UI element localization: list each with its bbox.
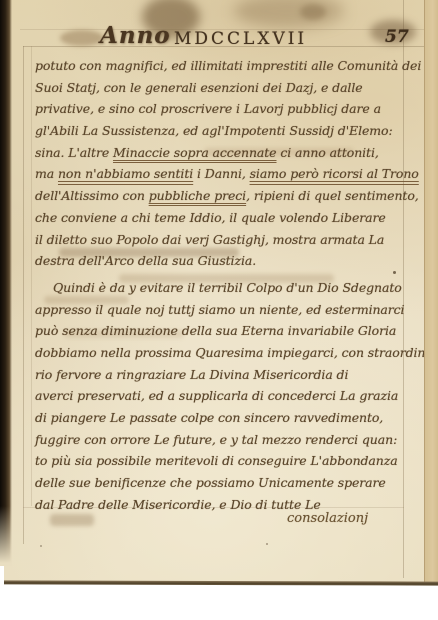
text-segment: rio fervore a ringraziare La Divina Mise… — [35, 367, 348, 382]
text-segment: dal Padre delle Misericordie, e Dio di t… — [35, 497, 321, 512]
text-segment: privative, e sino col proscrivere i Lavo… — [35, 101, 381, 116]
manuscript-line: rio fervore a ringraziare La Divina Mise… — [35, 364, 409, 386]
text-segment: Quindi è da y evitare il terribil Colpo … — [53, 280, 402, 295]
text-block: potuto con magnifici, ed illimitati impr… — [35, 55, 409, 515]
manuscript-line: sina. L'altre Minaccie sopra accennate c… — [35, 142, 409, 164]
manuscript-page: Anno MDCCLXVII 57 potuto con magnifici, … — [4, 0, 438, 584]
text-segment: to più sia possibile meritevoli di conse… — [35, 453, 398, 468]
text-segment: destra dell'Arco della sua Giustizia. — [35, 253, 256, 268]
text-segment: fuggire con orrore Le future, e y tal me… — [35, 432, 397, 447]
manuscript-line: il diletto suo Popolo dai verj Gastighj,… — [35, 229, 409, 251]
header-year-roman: MDCCLXVII — [174, 29, 307, 49]
page-edge-right — [424, 0, 438, 584]
manuscript-line: appresso il quale noj tuttj siamo un nie… — [35, 299, 409, 321]
ink-smudge — [300, 4, 326, 20]
scan-background: Anno MDCCLXVII 57 potuto con magnifici, … — [0, 0, 438, 620]
manuscript-line: averci preservati, ed a supplicarla di c… — [35, 385, 409, 407]
manuscript-line: destra dell'Arco della sua Giustizia. — [35, 250, 409, 272]
text-segment: dobbiamo nella prossima Quaresima impieg… — [35, 345, 437, 360]
manuscript-line: che conviene a chi teme Iddio, il quale … — [35, 207, 409, 229]
text-segment: i Danni, — [193, 166, 249, 181]
margin-line-left — [23, 46, 24, 544]
ink-speck — [266, 543, 268, 545]
manuscript-line: dell'Altissimo con pubbliche preci, ripi… — [35, 185, 409, 207]
text-segment: potuto con magnifici, ed illimitati impr… — [35, 58, 421, 73]
underlined-text: Minaccie sopra accennate — [113, 145, 276, 160]
manuscript-line: gl'Abili La Sussistenza, ed agl'Impotent… — [35, 120, 409, 142]
manuscript-line: potuto con magnifici, ed illimitati impr… — [35, 55, 409, 77]
text-segment: gl'Abili La Sussistenza, ed agl'Impotent… — [35, 123, 393, 138]
text-segment: il diletto suo Popolo dai verj Gastighj,… — [35, 232, 384, 247]
page-number: 57 — [385, 27, 409, 47]
text-segment: che conviene a chi teme Iddio, il quale … — [35, 210, 386, 225]
manuscript-line: fuggire con orrore Le future, e y tal me… — [35, 429, 409, 451]
manuscript-line: di piangere Le passate colpe con sincero… — [35, 407, 409, 429]
margin-line-left-inner — [31, 46, 32, 506]
text-segment: Suoi Statj, con le generali esenzioni de… — [35, 80, 363, 95]
text-segment: ma — [35, 166, 58, 181]
manuscript-line: dobbiamo nella prossima Quaresima impieg… — [35, 342, 409, 364]
book-gutter — [0, 0, 12, 566]
text-segment: appresso il quale noj tuttj siamo un nie… — [35, 302, 404, 317]
page-bottom-edge — [4, 580, 438, 585]
text-segment: può senza diminuzione della sua Eterna i… — [35, 323, 396, 338]
underlined-text: pubbliche preci — [149, 188, 246, 203]
manuscript-line: Quindi è da y evitare il terribil Colpo … — [35, 277, 409, 299]
manuscript-line: ma non n'abbiamo sentiti i Danni, siamo … — [35, 163, 409, 185]
text-segment: ci anno attoniti, — [276, 145, 378, 160]
underlined-text: siamo però ricorsi al Trono — [250, 166, 419, 181]
catchword: consolazionj — [287, 511, 368, 526]
text-segment: sina. L'altre — [35, 145, 113, 160]
manuscript-line: delle sue benificenze che possiamo Unica… — [35, 472, 409, 494]
header-anno: Anno — [100, 22, 171, 49]
text-segment: , ripieni di quel sentimento, — [246, 188, 419, 203]
text-segment: di piangere Le passate colpe con sincero… — [35, 410, 383, 425]
ink-smudge — [234, 0, 344, 28]
manuscript-line: Suoi Statj, con le generali esenzioni de… — [35, 77, 409, 99]
text-segment: averci preservati, ed a supplicarla di c… — [35, 388, 398, 403]
ink-speck — [40, 545, 42, 547]
underlined-text: non n'abbiamo sentiti — [58, 166, 193, 181]
text-segment: dell'Altissimo con — [35, 188, 149, 203]
manuscript-line: può senza diminuzione della sua Eterna i… — [35, 320, 409, 342]
show-through-smudge — [50, 514, 94, 526]
text-segment: delle sue benificenze che possiamo Unica… — [35, 475, 386, 490]
manuscript-line: privative, e sino col proscrivere i Lavo… — [35, 98, 409, 120]
ink-smudge — [60, 30, 104, 46]
manuscript-line: to più sia possibile meritevoli di conse… — [35, 450, 409, 472]
